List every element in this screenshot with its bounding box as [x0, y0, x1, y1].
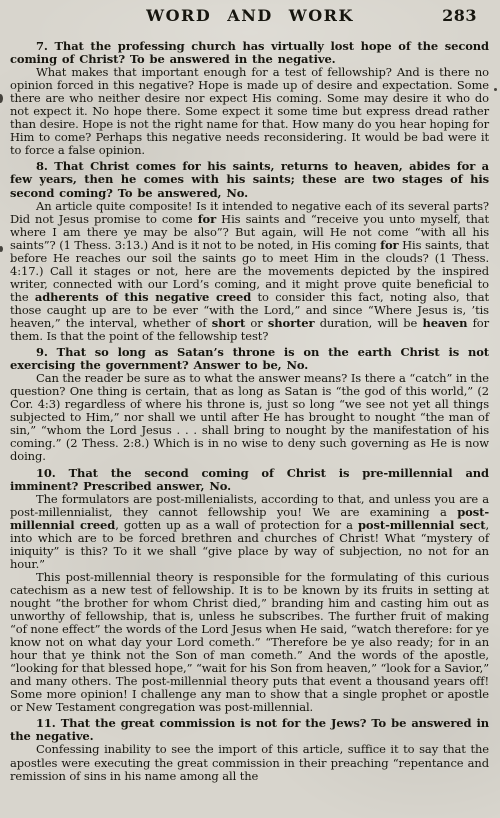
emphasized-text: heaven: [422, 316, 467, 330]
emphasized-text: for: [198, 212, 216, 226]
question-paragraph: 10. That the second coming of Christ is …: [10, 467, 489, 493]
paragraph-text: What makes that important enough for a t…: [10, 65, 489, 157]
paragraph-text: duration, will be: [314, 316, 422, 330]
emphasized-text: short: [212, 316, 245, 330]
question-paragraph: 11. That the great commission is not for…: [10, 717, 489, 743]
emphasized-text: 7. That the professing church has virtua…: [10, 39, 489, 66]
page-number: 283: [442, 6, 477, 25]
body-paragraph: Confessing inability to see the import o…: [10, 743, 489, 782]
question-paragraph: 9. That so long as Satan’s throne is on …: [10, 346, 489, 372]
question-paragraph: 7. That the professing church has virtua…: [10, 40, 489, 66]
paragraph-text: Confessing inability to see the import o…: [10, 742, 489, 782]
paragraph-text: Can the reader be sure as to what the an…: [10, 371, 489, 463]
body-paragraph: What makes that important enough for a t…: [10, 66, 489, 157]
body-paragraph: This post-millennial theory is responsib…: [10, 571, 489, 715]
emphasized-text: shorter: [268, 316, 315, 330]
body-paragraph: An article quite composite! Is it intend…: [10, 200, 489, 344]
question-paragraph: 8. That Christ comes for his saints, ret…: [10, 160, 489, 199]
text-block: 7. That the professing church has virtua…: [10, 40, 489, 783]
emphasized-text: 11. That the great commission is not for…: [10, 716, 489, 743]
paragraph-text: This post-millennial theory is responsib…: [10, 570, 489, 714]
scan-speck: [0, 246, 3, 252]
emphasized-text: 9. That so long as Satan’s throne is on …: [10, 345, 489, 372]
journal-title: WORD AND WORK: [0, 6, 500, 25]
scan-speck: [0, 94, 3, 103]
body-paragraph: Can the reader be sure as to what the an…: [10, 372, 489, 463]
emphasized-text: adherents of this negative creed: [35, 290, 251, 304]
paragraph-text: or: [245, 316, 268, 330]
paragraph-text: The formulators are post-millenialists, …: [10, 492, 489, 519]
paragraph-text: , gotten up as a wall of protection for …: [115, 518, 358, 532]
emphasized-text: 10. That the second coming of Christ is …: [10, 466, 489, 493]
body-paragraph: The formulators are post-millenialists, …: [10, 493, 489, 571]
emphasized-text: for: [380, 238, 398, 252]
emphasized-text: 8. That Christ comes for his saints, ret…: [10, 159, 489, 199]
scanned-document-page: WORD AND WORK 283 7. That the professing…: [0, 0, 500, 818]
emphasized-text: post-millennial sect: [358, 518, 485, 532]
page-header: WORD AND WORK 283: [0, 0, 500, 33]
scan-speck: [494, 88, 497, 91]
